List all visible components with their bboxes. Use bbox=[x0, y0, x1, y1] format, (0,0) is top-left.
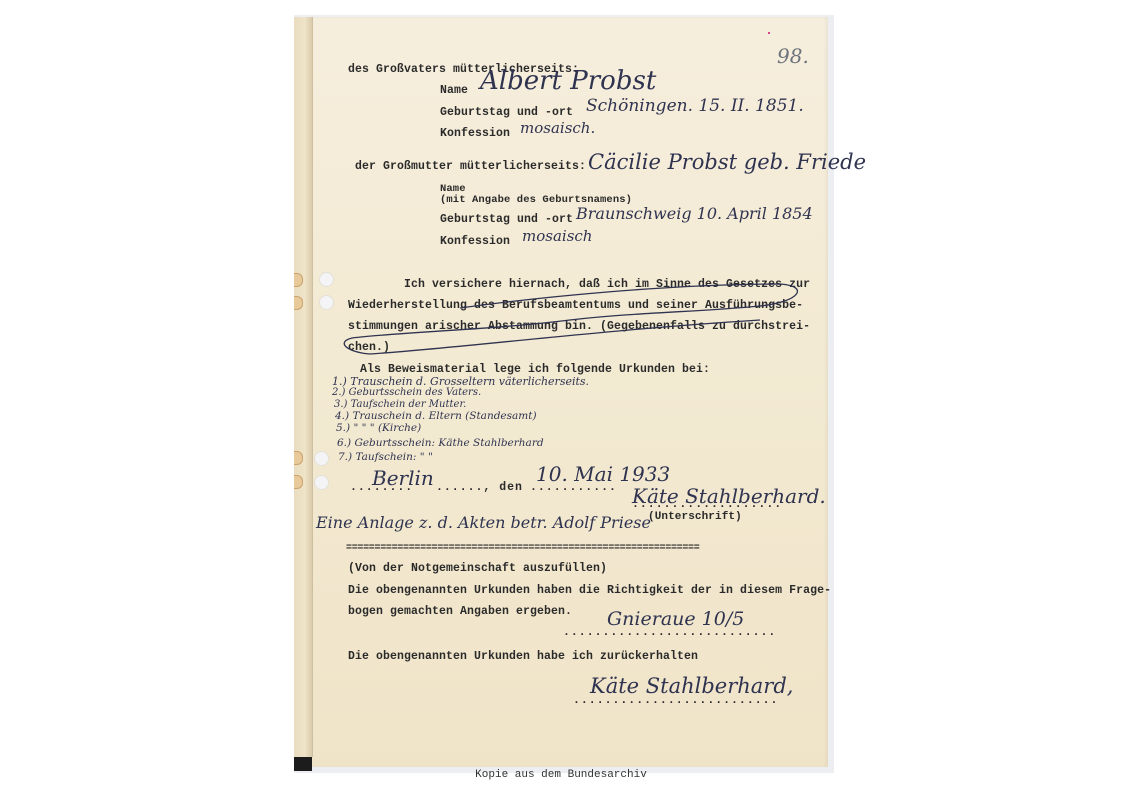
returned-statement: Die obengenannten Urkunden habe ich zurü… bbox=[348, 650, 698, 663]
applicant-signature: Käte Stahlberhard. bbox=[632, 484, 826, 508]
punch-hole bbox=[314, 451, 329, 466]
punch-hole bbox=[319, 272, 334, 287]
grandmother-birth-value: Braunschweig 10. April 1854 bbox=[576, 204, 813, 223]
return-signature: Käte Stahlberhard, bbox=[590, 674, 793, 698]
office-line-1: Die obengenannten Urkunden haben die Ric… bbox=[348, 584, 831, 597]
date-value: 10. Mai 1933 bbox=[536, 462, 670, 486]
archive-caption: Kopie aus dem Bundesarchiv bbox=[294, 769, 828, 781]
signature-label: (Unterschrift) bbox=[648, 511, 742, 523]
official-signature: Gnieraue 10/5 bbox=[607, 608, 744, 630]
grandfather-name-value: Albert Probst bbox=[480, 66, 656, 96]
file-annotation: Eine Anlage z. d. Akten betr. Adolf Prie… bbox=[316, 513, 651, 532]
evidence-item: 3.) Taufschein der Mutter. bbox=[334, 399, 466, 410]
strike-through-loop bbox=[340, 272, 810, 362]
evidence-item: 6.) Geburtsschein: Käthe Stahlberhard bbox=[337, 437, 544, 449]
grandmother-name-value: Cäcilie Probst geb. Friede bbox=[588, 150, 866, 174]
grandmother-religion-label: Konfession bbox=[440, 235, 510, 248]
place-value: Berlin bbox=[372, 466, 434, 490]
evidence-item: 5.) " " " (Kirche) bbox=[336, 422, 421, 434]
ink-speck bbox=[768, 32, 770, 34]
evidence-item: 7.) Taufschein: " " bbox=[338, 451, 433, 463]
grandfather-religion-value: mosaisch. bbox=[520, 119, 595, 137]
page-number: 98. bbox=[777, 44, 809, 68]
binding-strip bbox=[294, 17, 313, 757]
grandfather-name-label: Name bbox=[440, 84, 468, 97]
office-line-2: bogen gemachten Angaben ergeben. bbox=[348, 605, 572, 618]
punch-hole bbox=[314, 475, 329, 490]
place-dots-right: ......, den bbox=[436, 481, 523, 494]
grandfather-birth-label: Geburtstag und -ort bbox=[440, 106, 573, 119]
separator-line: ========================================… bbox=[346, 543, 699, 554]
evidence-item: 4.) Trauschein d. Eltern (Standesamt) bbox=[335, 410, 537, 422]
grandmother-religion-value: mosaisch bbox=[522, 227, 592, 245]
office-heading: (Von der Notgemeinschaft auszufüllen) bbox=[348, 562, 607, 575]
grandfather-birth-value: Schöningen. 15. II. 1851. bbox=[586, 96, 804, 116]
grandfather-religion-label: Konfession bbox=[440, 127, 510, 140]
punch-hole bbox=[319, 295, 334, 310]
grandmother-heading: der Großmutter mütterlicherseits: bbox=[355, 160, 586, 173]
evidence-item: 2.) Geburtsschein des Vaters. bbox=[332, 387, 481, 398]
grandmother-birth-label: Geburtstag und -ort bbox=[440, 213, 573, 226]
